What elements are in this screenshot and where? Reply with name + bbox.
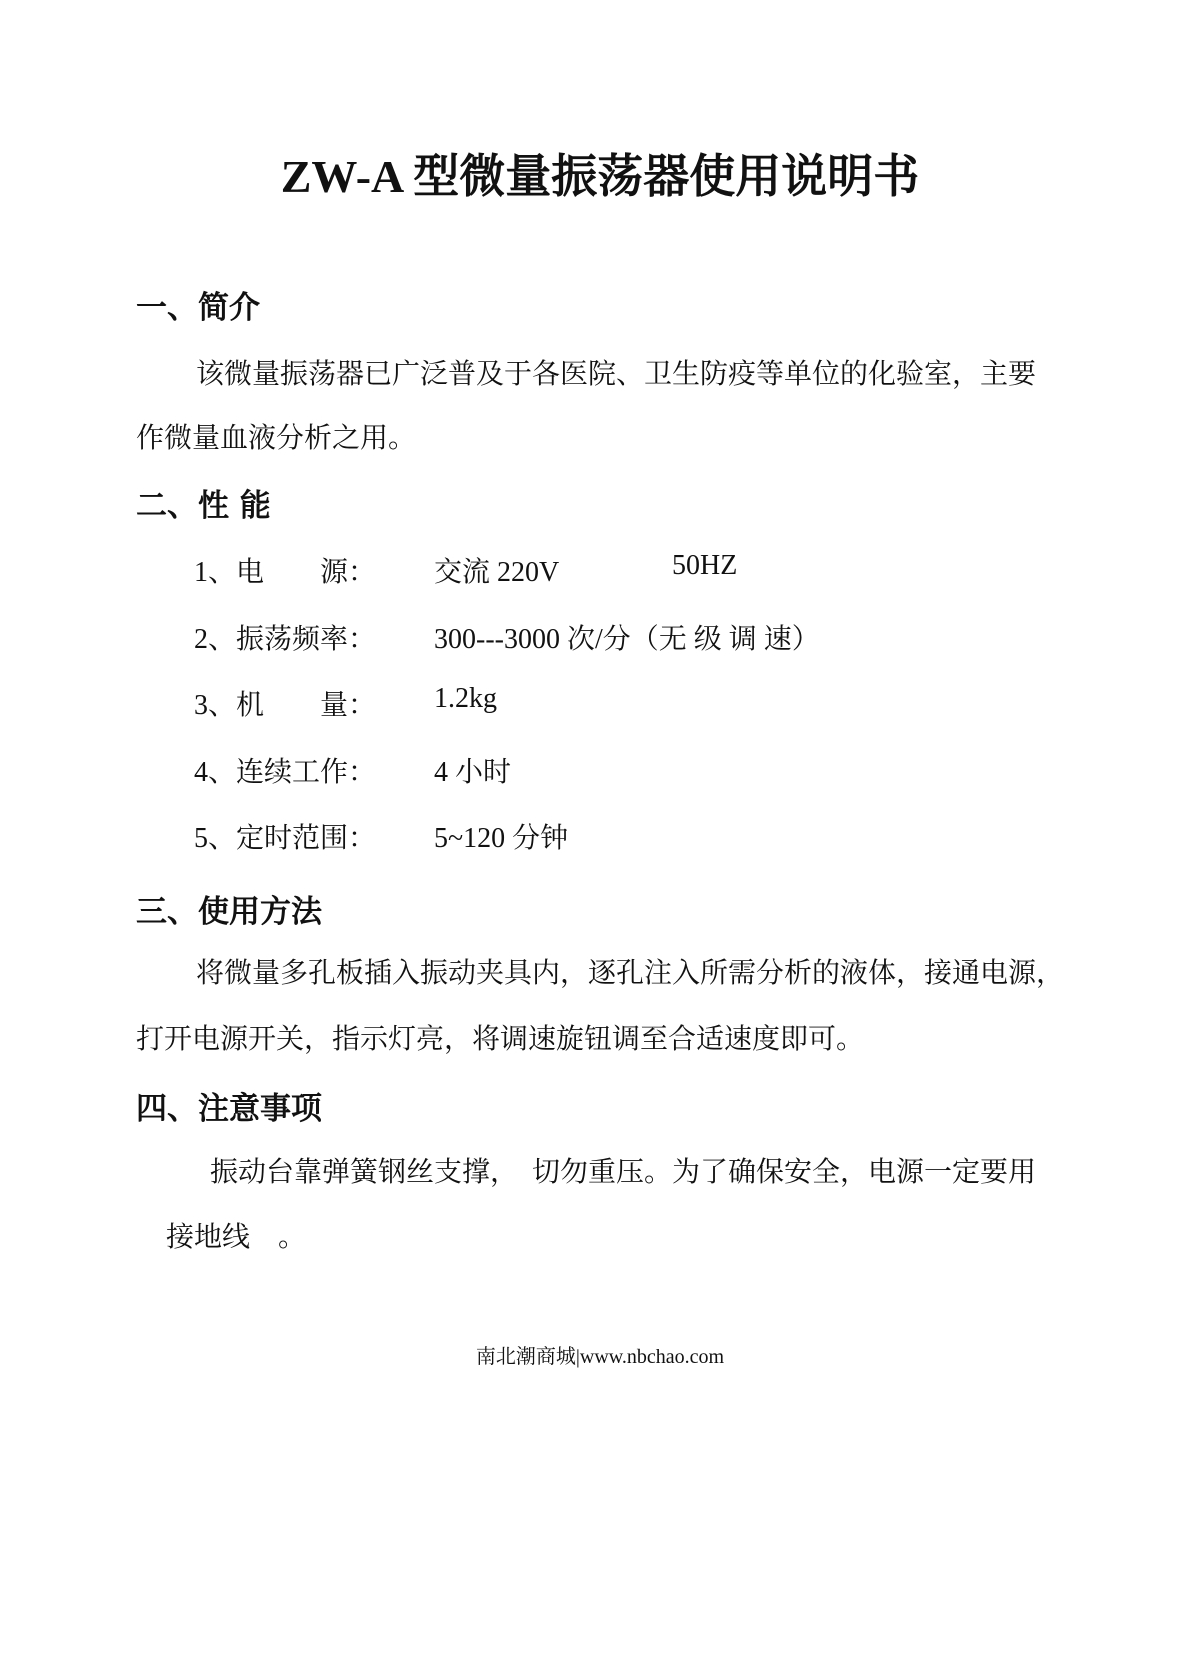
spec-label-oscillation: 2、振荡频率： bbox=[194, 617, 376, 657]
footer-source-link[interactable]: 南北潮商城|www.nbchao.com bbox=[0, 1340, 1200, 1369]
spec-value-frequency-hz: 50HZ bbox=[672, 550, 737, 582]
spec-label-weight: 3、机 量： bbox=[194, 683, 376, 723]
notes-line-1: 振动台靠弹簧钢丝支撑， 切勿重压。为了确保安全，电源一定要用 bbox=[210, 1150, 1036, 1190]
section-heading-performance: 二、性 能 bbox=[136, 480, 271, 525]
intro-line-2: 作微量血液分析之用。 bbox=[136, 416, 416, 456]
section-heading-notes: 四、注意事项 bbox=[136, 1083, 322, 1128]
spec-value-power: 交流 220V bbox=[434, 550, 559, 590]
section-heading-usage: 三、使用方法 bbox=[136, 886, 322, 931]
spec-value-oscillation: 300---3000 次/分（无 级 调 速） bbox=[434, 617, 820, 657]
document-title: ZW-A 型微量振荡器使用说明书 bbox=[0, 140, 1200, 206]
spec-value-continuous: 4 小时 bbox=[434, 750, 511, 790]
intro-line-1: 该微量振荡器已广泛普及于各医院、卫生防疫等单位的化验室，主要 bbox=[196, 352, 1036, 392]
section-heading-intro: 一、简介 bbox=[136, 282, 260, 327]
spec-value-weight: 1.2kg bbox=[434, 683, 497, 715]
usage-line-1: 将微量多孔板插入振动夹具内，逐孔注入所需分析的液体，接通电源， bbox=[196, 951, 1064, 991]
usage-line-2: 打开电源开关，指示灯亮，将调速旋钮调至合适速度即可。 bbox=[136, 1017, 864, 1057]
spec-label-continuous: 4、连续工作： bbox=[194, 750, 376, 790]
spec-value-timer: 5~120 分钟 bbox=[434, 816, 568, 856]
spec-label-power: 1、电 源： bbox=[194, 550, 376, 590]
notes-line-2: 接地线 。 bbox=[166, 1215, 306, 1255]
spec-label-timer: 5、定时范围： bbox=[194, 816, 376, 856]
